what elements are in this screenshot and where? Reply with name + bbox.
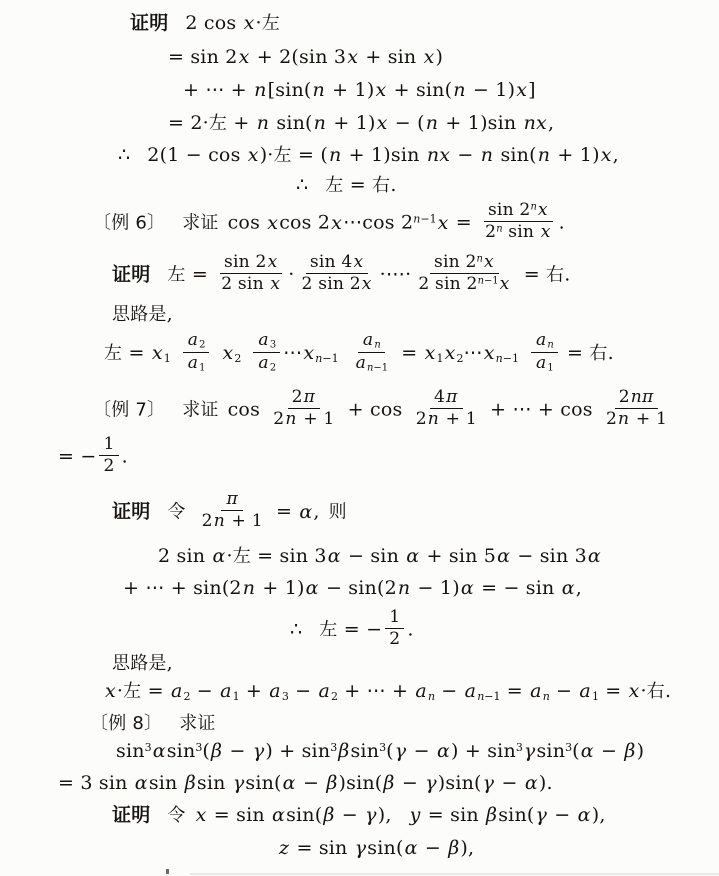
ex6-proof: 证明左 = sin 2x2 sin x·sin 4x2 sin 2x·⋯·sin… xyxy=(112,255,571,296)
ex7-statement: 〔例 7〕求证cos 2π2n + 1 + cos 4π2n + 1 + ⋯ +… xyxy=(93,390,674,431)
ex7-proof-setup: 证明令π2n + 1 = α,则 xyxy=(112,492,347,533)
ex7-statement-rhs: = −12. xyxy=(58,437,128,478)
ex5-step-conclude: ∴2(1 − cos x)·左 = (n + 1)sin nx − n sin(… xyxy=(118,144,619,168)
ex5-step-ellipsis: + ⋯ + n[sin(n + 1)x + sin(n − 1)x] xyxy=(183,79,536,103)
ex7-idea-formula: x·左 = a2 − a1 + a3 − a2 + ⋯ + an − an−1 … xyxy=(104,680,671,704)
ex7-conclusion: ∴左 = −12. xyxy=(290,610,414,651)
ex8-statement-lhs: sin3αsin3(β − γ) + sin3βsin3(γ − α) + si… xyxy=(116,740,644,764)
ex6-idea-label: 思路是, xyxy=(112,303,173,327)
scan-streak-artifact xyxy=(190,873,719,875)
ex5-qed: ∴左 = 右. xyxy=(296,174,397,198)
ex5-step-collect: = 2·左 + n sin(n + 1)x − (n + 1)sin nx, xyxy=(168,112,554,136)
ex5-proof-start: 证明2 cos x·左 xyxy=(130,12,280,36)
ex6-statement: 〔例 6〕求证cos xcos 2x⋯cos 2n−1x = sin 2nx2n… xyxy=(93,203,565,244)
scanned-textbook-page: 证明2 cos x·左 = sin 2x + 2(sin 3x + sin x)… xyxy=(0,0,719,876)
ex7-idea-label: 思路是, xyxy=(112,652,173,676)
ex7-step1: 2 sin α·左 = sin 3α − sin α + sin 5α − si… xyxy=(158,545,602,569)
ex8-proof-setup2: z = sin γsin(α − β), xyxy=(278,837,474,861)
ex6-idea-formula: 左 = x1a2a1x2a3a2⋯xn−1anan−1 = x1x2⋯xn−1a… xyxy=(104,333,614,375)
ex5-step-expand: = sin 2x + 2(sin 3x + sin x) xyxy=(168,46,443,70)
ex8-proof-setup: 证明令x = sin αsin(β − γ),y = sin βsin(γ − … xyxy=(112,804,606,828)
scan-speck-artifact xyxy=(166,869,169,874)
ex7-step2: + ⋯ + sin(2n + 1)α − sin(2n − 1)α = − si… xyxy=(123,577,582,601)
ex8-statement-label: 〔例 8〕求证 xyxy=(90,712,216,736)
ex8-statement-rhs: = 3 sin αsin βsin γsin(α − β)sin(β − γ)s… xyxy=(58,772,553,796)
